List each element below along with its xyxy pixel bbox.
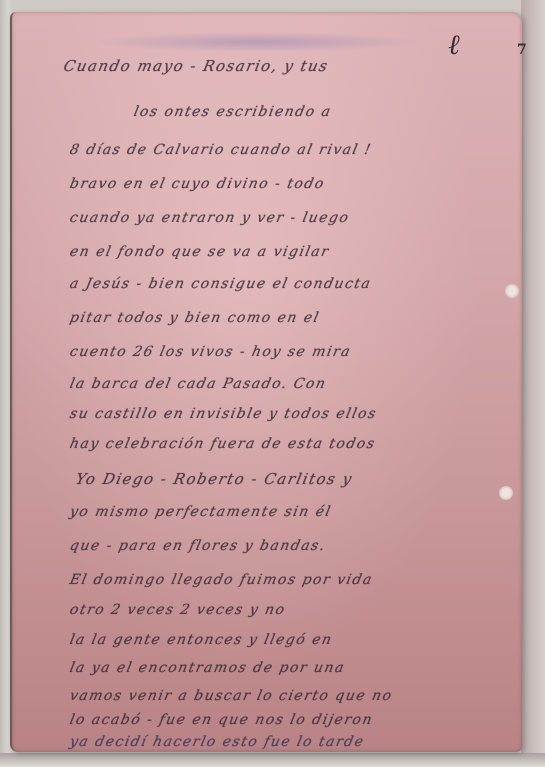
- handwritten-line: los ontes escribiendo a: [132, 104, 333, 120]
- ink-smudge: [92, 32, 422, 52]
- punch-hole: [499, 486, 513, 500]
- frame-edge-right: [521, 0, 545, 767]
- handwritten-line: Yo Diego - Roberto - Carlitos y: [74, 470, 354, 488]
- handwritten-line: otro 2 veces 2 veces y no: [68, 602, 287, 618]
- handwritten-line: su castillo en invisible y todos ellos: [68, 406, 378, 422]
- manuscript-page: ℓ 7 Cuando mayo - Rosario, y tus los ont…: [10, 12, 522, 752]
- handwritten-line: en el fondo que se va a vigilar: [68, 244, 331, 260]
- handwritten-line: yo mismo perfectamente sin él: [68, 504, 333, 520]
- handwritten-line: ya decidí hacerlo esto fue lo tarde: [68, 734, 366, 750]
- handwritten-line: vamos venir a buscar lo cierto que no: [68, 688, 394, 704]
- handwritten-line: Cuando mayo - Rosario, y tus: [62, 57, 330, 75]
- corner-mark: 7: [517, 42, 527, 58]
- handwritten-line: bravo en el cuyo divino - todo: [68, 176, 326, 192]
- handwritten-line: la barca del cada Pasado. Con: [68, 376, 328, 392]
- punch-hole: [505, 284, 519, 298]
- handwritten-line: cuento 26 los vivos - hoy se mira: [68, 344, 352, 360]
- handwritten-line: pitar todos y bien como en el: [68, 310, 321, 326]
- handwritten-line: 8 días de Calvario cuando al rival !: [68, 142, 373, 158]
- page-mark: ℓ: [448, 28, 460, 62]
- handwritten-line: lo acabó - fue en que nos lo dijeron: [68, 712, 374, 728]
- handwritten-line: que - para en flores y bandas.: [68, 538, 327, 554]
- handwritten-line: El domingo llegado fuimos por vida: [68, 572, 374, 588]
- handwritten-line: la ya el encontramos de por una: [68, 660, 346, 676]
- handwritten-line: cuando ya entraron y ver - luego: [68, 210, 351, 226]
- handwritten-line: hay celebración fuera de esta todos: [68, 436, 377, 452]
- handwritten-line: la la gente entonces y llegó en: [68, 632, 334, 648]
- handwritten-line: a Jesús - bien consigue el conducta: [68, 276, 373, 292]
- frame-edge-bottom: [0, 753, 545, 767]
